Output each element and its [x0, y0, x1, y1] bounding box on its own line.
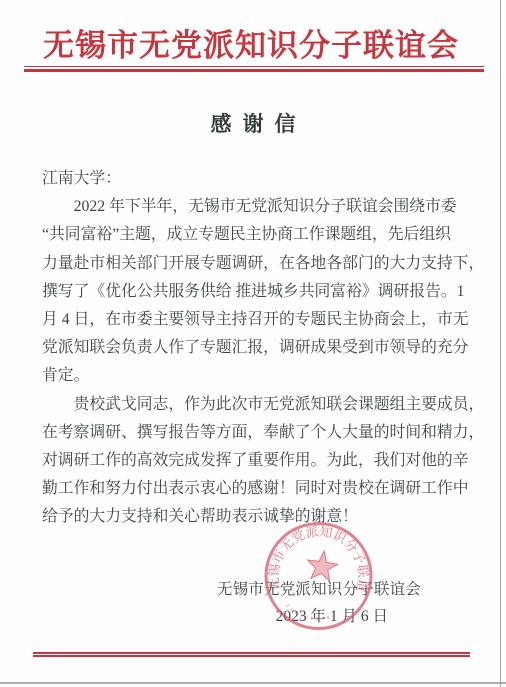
letter-page: 无锡市无党派知识分子联谊会 感谢信 江南大学： 2022 年下半年，无锡市无党派…: [0, 0, 506, 687]
footer-divider: [33, 652, 470, 657]
body-line: 勤工作和努力付出表示衷心的感谢！同时对贵校在调研工作中: [42, 475, 472, 503]
body-line: 给予的大力支持和关心帮助表示诚挚的谢意！: [42, 503, 472, 531]
scan-edge-bottom: [0, 682, 506, 684]
body-line: “共同富裕”主题，成立专题民主协商工作课题组，先后组织: [42, 221, 472, 249]
letter-body: 江南大学： 2022 年下半年，无锡市无党派知识分子联谊会围绕市委 “共同富裕”…: [42, 165, 472, 531]
body-line: 对调研工作的高效完成发挥了重要作用。为此，我们对他的辛: [42, 447, 472, 475]
letter-title: 感谢信: [0, 108, 506, 138]
letterhead-divider: [24, 66, 484, 72]
letterhead-org-name: 无锡市无党派知识分子联谊会: [0, 20, 502, 65]
body-line: 力量赴市相关部门开展专题调研，在各地各部门的大力支持下，: [42, 250, 472, 278]
salutation: 江南大学：: [42, 165, 472, 193]
body-line: 月 4 日，在市委主要领导主持召开的专题民主协商会上，市无: [42, 306, 472, 334]
signature-date: 2023 年 1 月 6 日: [276, 604, 388, 626]
body-line: 党派知联会负责人作了专题汇报，调研成果受到市领导的充分: [42, 334, 472, 362]
body-line: 肯定。: [42, 362, 472, 390]
body-line: 在考察调研、撰写报告等方面，奉献了个人大量的时间和精力，: [42, 419, 472, 447]
scan-edge-right: [500, 0, 501, 687]
body-line: 2022 年下半年，无锡市无党派知识分子联谊会围绕市委: [42, 193, 472, 221]
signature-org-name: 无锡市无党派知识分子联谊会: [217, 577, 421, 599]
body-line: 撰写了《优化公共服务供给 推进城乡共同富裕》调研报告。1: [42, 278, 472, 306]
body-line: 贵校武戈同志，作为此次市无党派知联会课题组主要成员，: [42, 391, 472, 419]
